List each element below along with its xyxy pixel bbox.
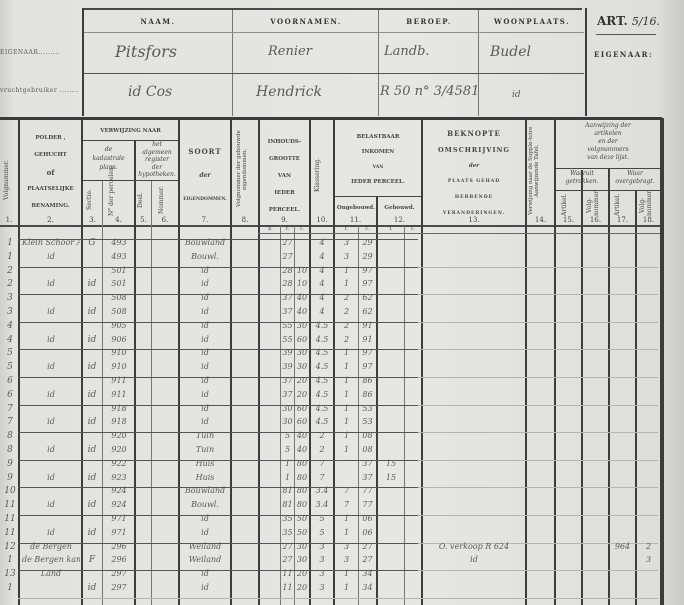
col-volg-16-header: Volg-nommer.	[586, 194, 604, 216]
col-line	[525, 118, 527, 605]
cell-volg: 9	[2, 459, 18, 469]
cell-fc: 97	[359, 362, 376, 371]
col-line	[102, 180, 103, 605]
cell-f: 3	[335, 238, 358, 247]
cell-volg: 4	[2, 321, 18, 331]
cell-c: 30	[295, 555, 309, 564]
cell-r: 27	[281, 252, 294, 261]
col-number: 8.	[232, 216, 258, 224]
cell-soort: Bouwl.	[180, 500, 230, 509]
cell-sectie: G	[83, 238, 101, 248]
cell-volg18: 2	[637, 542, 660, 551]
header-line: GEHUCHT	[20, 147, 81, 164]
cell-f: 1	[335, 583, 358, 592]
cell-klasse: 7	[311, 459, 333, 468]
cell-klasse: 2	[311, 445, 333, 454]
cell-polder: id	[22, 473, 80, 482]
cell-klasse: 4	[311, 307, 333, 316]
cell-soort: id	[180, 390, 230, 399]
cell-polder: id	[22, 279, 80, 288]
cell-r: 39	[281, 362, 294, 371]
col-omschrijving-header: BEKNOPTE OMSCHRIJVING der PLAATS GEHAD H…	[423, 126, 525, 222]
ledger-page: NAAM. VOORNAMEN. BEROEP. WOONPLAATS. EIG…	[0, 0, 684, 605]
header-line: SOORT	[180, 140, 230, 164]
cell-sectie: id	[83, 583, 101, 593]
cell-soort: id	[180, 528, 230, 537]
col-number: 4.	[103, 216, 134, 224]
cell-polder: id	[22, 362, 80, 371]
col-nommer-header: Nommer.	[158, 184, 172, 216]
cell-polder: id	[22, 307, 80, 316]
cell-volg: 7	[2, 417, 18, 427]
cell-c: 40	[295, 445, 309, 454]
cell-perceel: 296	[104, 555, 134, 564]
cell-klasse: 4.5	[311, 321, 333, 330]
cell-perceel: 971	[104, 514, 134, 523]
col-soort-header: SOORT der EIGENDOMMEN.	[180, 140, 230, 212]
cell-c: 30	[295, 321, 309, 330]
cell-perceel: 296	[104, 542, 134, 551]
cell-volg: 1	[2, 555, 18, 565]
cell-klasse: 3.4	[311, 486, 333, 495]
cell-fc: 62	[359, 307, 376, 316]
unit-row-line	[258, 233, 660, 234]
cell-polder: id	[22, 500, 80, 509]
usufructuary-woonplaats: id	[512, 90, 521, 100]
header-line: VAN	[260, 168, 309, 185]
cell-r: 5	[281, 445, 294, 454]
cell-soort: id	[180, 293, 230, 302]
cell-sectie: id	[83, 335, 101, 345]
cell-gf: 15	[378, 473, 404, 482]
cell-volg: 7	[2, 404, 18, 414]
header-line: GROOTTE	[260, 151, 309, 168]
cell-perceel: 920	[104, 445, 134, 454]
col-line	[151, 180, 152, 605]
header-line: INKOMEN	[335, 145, 421, 160]
divider	[378, 10, 379, 116]
cell-r: 27	[281, 542, 294, 551]
col-number: 3.	[83, 216, 102, 224]
cell-volg: 6	[2, 376, 18, 386]
cell-soort: id	[180, 362, 230, 371]
cell-c: 60	[295, 417, 309, 426]
usufructuary-voornamen: Hendrick	[256, 84, 322, 100]
cell-klasse: 4.5	[311, 390, 333, 399]
cell-r: 35	[281, 514, 294, 523]
header-line: PLAATSELIJKE	[20, 181, 81, 198]
cell-r: 28	[281, 279, 294, 288]
col-number: 12.	[378, 216, 421, 224]
cell-soort: id	[180, 376, 230, 385]
cell-volg: 5	[2, 362, 18, 372]
cell-volg: 1	[2, 583, 18, 593]
art-number: 5/16.	[632, 15, 660, 28]
header-line: der	[423, 158, 525, 174]
cell-perceel: 493	[104, 252, 134, 261]
cell-volg: 4	[2, 335, 18, 345]
header-line: algemeen	[136, 149, 178, 157]
header-line: Waaruit	[556, 170, 608, 178]
cell-c: 10	[295, 279, 309, 288]
header-line: BELASTBAAR	[335, 130, 421, 145]
waaruit-header: Waaruit getrokken.	[556, 170, 608, 186]
owner-beroep: Landb.	[384, 44, 430, 59]
cell-polder: id	[22, 417, 80, 426]
header-line: der	[136, 164, 178, 172]
cell-klasse: 2	[311, 431, 333, 440]
cell-klasse: 3	[311, 583, 333, 592]
cell-r: 39	[281, 348, 294, 357]
naam-header: NAAM.	[84, 17, 232, 26]
cell-perceel: 924	[104, 500, 134, 509]
cell-r: 30	[281, 417, 294, 426]
cell-r: 1	[281, 459, 294, 468]
cell-fc: 06	[359, 528, 376, 537]
cell-fc: 91	[359, 335, 376, 344]
cell-fc: 86	[359, 390, 376, 399]
col-number: 11.	[335, 216, 376, 224]
col-number: 9.	[260, 216, 309, 224]
cell-polder: Land	[22, 569, 80, 578]
cell-perceel: 905	[104, 321, 134, 330]
header-line: PLAATS GEHAD	[423, 174, 525, 190]
cell-f: 7	[335, 486, 358, 495]
cell-volg: 2	[2, 266, 18, 276]
cell-r: 11	[281, 569, 294, 578]
header-line: volgnummers	[556, 146, 660, 154]
cell-soort: id	[180, 569, 230, 578]
cell-klasse: 5	[311, 528, 333, 537]
cell-klasse: 4	[311, 293, 333, 302]
cell-polder: Klein Schoor Aker	[22, 238, 80, 247]
cell-fc: 97	[359, 348, 376, 357]
cell-soort: id	[180, 321, 230, 330]
col-number: 18.	[637, 216, 660, 224]
cell-f: 1	[335, 404, 358, 413]
cell-klasse: 4.5	[311, 376, 333, 385]
divider	[83, 180, 178, 181]
cell-r: 27	[281, 238, 294, 247]
col-artikel-17-header: Artikel.	[614, 194, 628, 216]
unit-label: f.	[378, 226, 404, 232]
cell-perceel: 920	[104, 431, 134, 440]
cell-soort: Weiland	[180, 542, 230, 551]
col-number: 17.	[610, 216, 635, 224]
cell-klasse: 3	[311, 569, 333, 578]
col-deel-header: Deel.	[137, 186, 149, 214]
cell-sectie: id	[83, 390, 101, 400]
cell-r: 55	[281, 335, 294, 344]
aanwijzing-header: Aanwijzing der artikelen en der volgnumm…	[556, 122, 660, 162]
unit-label: f.	[335, 226, 358, 232]
cell-c: 40	[295, 293, 309, 302]
divider	[84, 32, 584, 33]
col-volgnummer-header: Volgnummer.	[3, 150, 15, 210]
cell-r: 5	[281, 431, 294, 440]
cell-sectie: id	[83, 500, 101, 510]
col-line	[376, 196, 378, 605]
cell-polder: id	[22, 390, 80, 399]
cell-c: 20	[295, 376, 309, 385]
cell-klasse: 4.5	[311, 404, 333, 413]
divider	[556, 168, 660, 169]
cell-c: 30	[295, 362, 309, 371]
cell-polder: id	[22, 528, 80, 537]
header-line: INHOUDS-	[260, 134, 309, 151]
cell-perceel: 501	[104, 279, 134, 288]
cell-fc: 34	[359, 583, 376, 592]
eigenaar-row-label: EIGENAAR.........	[0, 49, 60, 56]
header-line: of	[20, 164, 81, 181]
cell-volg: 11	[2, 528, 18, 538]
cell-r: 81	[281, 500, 294, 509]
cell-f: 1	[335, 266, 358, 275]
cell-f: 1	[335, 390, 358, 399]
cell-f: 3	[335, 252, 358, 261]
art-label: ART. 5/16.	[597, 14, 660, 28]
cell-polder: id	[22, 445, 80, 454]
cell-r: 37	[281, 293, 294, 302]
cell-volg: 3	[2, 307, 18, 317]
cell-c: 50	[295, 528, 309, 537]
verwijzing-header: VERWIJZING NAAR	[83, 127, 178, 136]
cell-soort: id	[180, 266, 230, 275]
cell-f: 1	[335, 528, 358, 537]
cell-c: 20	[295, 569, 309, 578]
cell-perceel: 501	[104, 266, 134, 275]
cell-volg: 12	[2, 542, 18, 552]
cell-sectie: id	[83, 445, 101, 455]
header-line: IEDER	[260, 185, 309, 202]
col-ongebouwd-header: Ongebouwd.	[334, 204, 378, 213]
header-line: van deze lijst.	[556, 154, 660, 162]
cell-c: 60	[295, 335, 309, 344]
cell-volg: 10	[2, 486, 18, 496]
cell-soort: Bouwl.	[180, 252, 230, 261]
divider	[478, 10, 479, 116]
cell-perceel: 493	[104, 238, 134, 247]
col-volg-18-header: Volg-nommer.	[639, 194, 657, 216]
unit-label: c.	[359, 226, 376, 232]
cell-c: 30	[295, 348, 309, 357]
owner-voornamen: Renier	[268, 44, 312, 59]
cell-f: 3	[335, 542, 358, 551]
header-line: en der	[556, 138, 660, 146]
cell-klasse: 3	[311, 542, 333, 551]
cell-fc: 37	[359, 459, 376, 468]
header-line: getrokken.	[556, 178, 608, 186]
usufructuary-naam: id Cos	[128, 84, 172, 100]
cell-soort: id	[180, 335, 230, 344]
header-line: OMSCHRIJVING	[423, 142, 525, 158]
cell-soort: id	[180, 583, 230, 592]
cell-c: 10	[295, 266, 309, 275]
col-number: 16.	[583, 216, 608, 224]
cell-fc: 34	[359, 569, 376, 578]
cell-c: 20	[295, 583, 309, 592]
cell-c: 80	[295, 500, 309, 509]
cell-soort: id	[180, 514, 230, 523]
cell-fc: 53	[359, 417, 376, 426]
header-line: EIGENDOMMEN.	[180, 188, 230, 212]
cell-klasse: 4.5	[311, 335, 333, 344]
header-line: Waar	[610, 170, 660, 178]
cell-polder: de Bergen kamp	[22, 555, 80, 564]
unit-label: c.	[295, 226, 309, 232]
header-line: overgebragt.	[610, 178, 660, 186]
vruchtgebruiker-row-label: vruchtgebruiker ........	[0, 87, 79, 94]
cell-volg: 11	[2, 500, 18, 510]
cell-r: 37	[281, 376, 294, 385]
cell-perceel: 508	[104, 293, 134, 302]
beroep-header: BEROEP.	[380, 17, 478, 26]
art-underline	[596, 34, 656, 35]
col-artikel-15-header: Artikel.	[561, 194, 575, 216]
cell-klasse: 5	[311, 514, 333, 523]
cell-c: 30	[295, 542, 309, 551]
header-line: IEDER PERCEEL.	[335, 175, 421, 190]
header-line: BENAMING.	[20, 198, 81, 215]
col-number: 5.	[136, 216, 151, 224]
art-prefix: ART.	[597, 14, 628, 28]
cell-sectie: id	[83, 473, 101, 483]
cell-sectie: id	[83, 279, 101, 289]
cell-c: 80	[295, 486, 309, 495]
cell-volg: 2	[2, 279, 18, 289]
cell-volg18: 3	[637, 555, 660, 564]
col-line	[581, 170, 583, 605]
cell-soort: Huis	[180, 473, 230, 482]
cell-volg: 9	[2, 473, 18, 483]
cell-fc: 97	[359, 279, 376, 288]
voornamen-header: VOORNAMEN.	[234, 17, 378, 26]
header-line: hypotheken.	[136, 171, 178, 179]
col-number: 6.	[152, 216, 178, 224]
cell-fc: 08	[359, 445, 376, 454]
cell-perceel: 910	[104, 348, 134, 357]
col-klassering-header: Klassering.	[314, 150, 328, 200]
header-line: Aanwijzing der	[556, 122, 660, 130]
cell-volg: 8	[2, 445, 18, 455]
cell-perceel: 297	[104, 569, 134, 578]
cell-c: 20	[295, 390, 309, 399]
col-number: 7.	[180, 216, 230, 224]
cell-c: 80	[295, 459, 309, 468]
cell-f: 1	[335, 445, 358, 454]
cell-soort: Bouwland	[180, 238, 230, 247]
cell-c: 80	[295, 473, 309, 482]
header-line: BEKNOPTE	[423, 126, 525, 142]
cell-fc: 27	[359, 555, 376, 564]
cell-perceel: 922	[104, 459, 134, 468]
cell-f: 1	[335, 279, 358, 288]
table-top-border	[0, 117, 662, 120]
cell-perceel: 918	[104, 417, 134, 426]
cell-fc: 37	[359, 473, 376, 482]
header-line: het	[136, 141, 178, 149]
table-right-border	[660, 118, 664, 605]
col-line	[230, 118, 232, 605]
cell-perceel: 924	[104, 486, 134, 495]
cell-sectie: id	[83, 362, 101, 372]
cell-c: 40	[295, 431, 309, 440]
cell-fc: 53	[359, 404, 376, 413]
cell-soort: id	[180, 404, 230, 413]
cell-soort: id	[180, 417, 230, 426]
cell-klasse: 4	[311, 252, 333, 261]
eigenaar-right-label: EIGENAAR:	[594, 50, 674, 59]
col-sectie-header: Sectie.	[86, 186, 98, 214]
cell-f: 1	[335, 376, 358, 385]
cell-volg: 11	[2, 514, 18, 524]
row-rule-light	[18, 598, 658, 599]
cell-polder: id	[22, 252, 80, 261]
cell-r: 35	[281, 528, 294, 537]
cell-soort: Bouwland	[180, 486, 230, 495]
cell-sectie: F	[83, 555, 101, 565]
col-number: 2.	[20, 216, 81, 224]
cell-perceel: 918	[104, 404, 134, 413]
header-line: HEBBENDE	[423, 190, 525, 206]
cell-c: 60	[295, 404, 309, 413]
cell-f: 7	[335, 500, 358, 509]
cell-polder: id	[22, 335, 80, 344]
header-line: artikelen	[556, 130, 660, 138]
cell-soort: Weiland	[180, 555, 230, 564]
cell-fc: 29	[359, 252, 376, 261]
cell-r: 27	[281, 555, 294, 564]
cell-perceel: 910	[104, 362, 134, 371]
unit-label: c.	[405, 226, 421, 232]
cell-volg: 1	[2, 252, 18, 262]
cell-f: 1	[335, 417, 358, 426]
cell-volg: 3	[2, 293, 18, 303]
cell-r: 37	[281, 390, 294, 399]
header-line: de	[83, 145, 134, 154]
owner-naam: Pitsfors	[115, 42, 177, 61]
cell-klasse: 4.5	[311, 348, 333, 357]
cell-f: 1	[335, 514, 358, 523]
cell-klasse: 4	[311, 279, 333, 288]
cell-fc: 06	[359, 514, 376, 523]
cell-f: 1	[335, 431, 358, 440]
cell-klasse: 4.5	[311, 362, 333, 371]
header-line: kadastrale	[83, 154, 134, 163]
cell-r: 81	[281, 486, 294, 495]
col-gebouwd-header: Gebouwd.	[378, 204, 421, 213]
cell-volg: 5	[2, 348, 18, 358]
col-number: 14.	[527, 216, 554, 224]
cell-c: 40	[295, 307, 309, 316]
cell-soort: Huis	[180, 459, 230, 468]
col-number: 1.	[2, 216, 16, 224]
cell-perceel: 297	[104, 583, 134, 592]
col-gebouwde-header: Volgnommer der gebouwde eigendommen.	[236, 124, 256, 214]
cell-r: 11	[281, 583, 294, 592]
cell-r: 55	[281, 321, 294, 330]
cell-sectie: id	[83, 307, 101, 317]
cell-polder: de Bergen	[22, 542, 80, 551]
col-suppletoire-header: Verwijzing naar de Supple-toire Aanwijze…	[528, 126, 552, 216]
cell-sectie: id	[83, 417, 101, 427]
cell-fc: 97	[359, 266, 376, 275]
woonplaats-header: WOONPLAATS.	[480, 17, 584, 26]
cell-f: 2	[335, 335, 358, 344]
cell-volg: 13	[2, 569, 18, 579]
header-line: der	[180, 164, 230, 188]
cell-r: 1	[281, 473, 294, 482]
